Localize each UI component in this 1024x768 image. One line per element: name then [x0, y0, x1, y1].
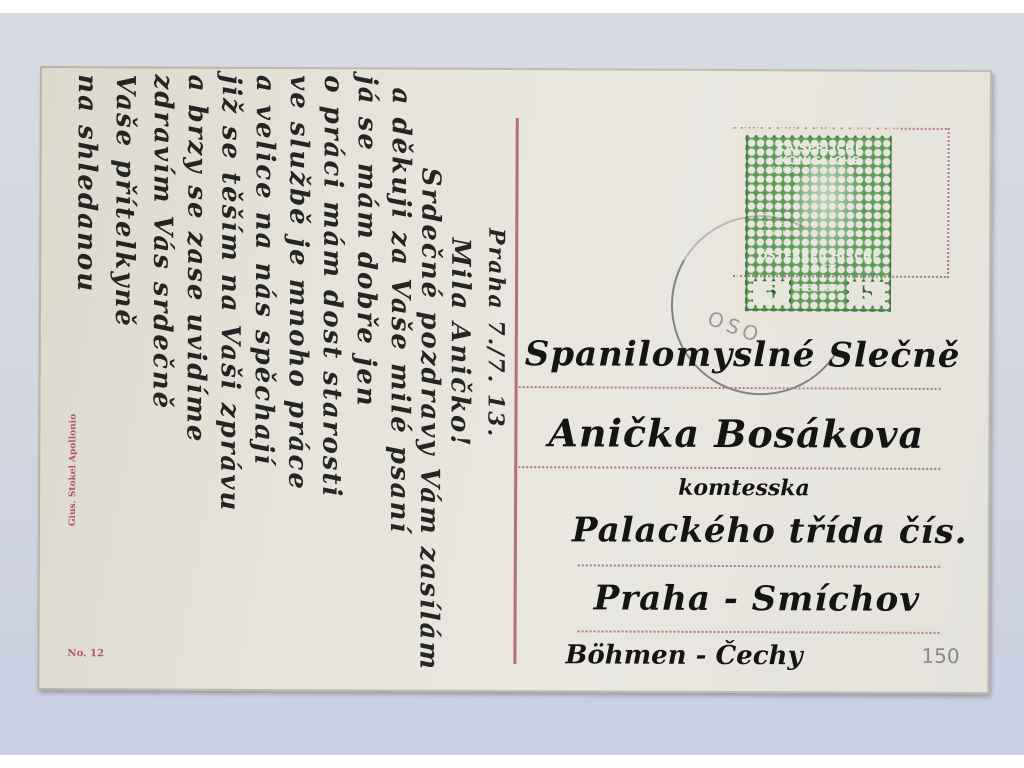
address-recipient: Anička Bosákova: [548, 410, 924, 457]
postcard: Gius. Stokel Apollonio No. 12 na shledan…: [37, 66, 992, 694]
message-line: již se těším na Vaši zprávu: [214, 75, 246, 513]
address-line-rule: [578, 630, 940, 634]
address-street: Palackého třída čís.: [572, 510, 968, 552]
message-line: zdravím Vás srdečně: [146, 74, 177, 410]
message-line: o práci mám dost starosti: [316, 75, 348, 498]
address-line-rule: [514, 466, 940, 470]
stamp-year: 1908: [772, 165, 794, 174]
message-line: ve službě je mnoho práce: [282, 75, 314, 491]
address-line-rule: [578, 564, 940, 568]
message-line: já se mám dobře jen: [351, 75, 382, 407]
stamp-value-right: 5: [847, 280, 887, 308]
message-line: a velice na nás spěchají: [248, 75, 280, 466]
message-greeting: Mila Aničko!: [444, 238, 475, 448]
message-line: a děkuji za Vaše milé psaní: [384, 88, 416, 535]
message-line: Srdečné pozdravy Vám zasílám: [413, 168, 445, 671]
message-line: Vaše přítelkyně: [109, 74, 140, 328]
address-country: Böhmen - Čechy: [565, 640, 802, 671]
address-city: Praha - Smíchov: [594, 578, 921, 619]
card-number: No. 12: [67, 648, 104, 659]
message-line: na shledanou: [71, 74, 102, 293]
stamp-top-text: KAISERLICHE KÖNIGLICHE: [754, 141, 886, 168]
message-place-date: Praha 7./7. 13.: [482, 228, 509, 438]
address-salutation: Spanilomyslné Slečně: [525, 334, 961, 376]
message-line: a brzy se zase uvidíme: [180, 75, 212, 444]
pencil-price-note: 150: [921, 644, 959, 668]
publisher-imprint: Gius. Stokel Apollonio: [68, 414, 78, 526]
center-divider-line: [513, 118, 518, 664]
address-title: komtesska: [678, 475, 810, 502]
